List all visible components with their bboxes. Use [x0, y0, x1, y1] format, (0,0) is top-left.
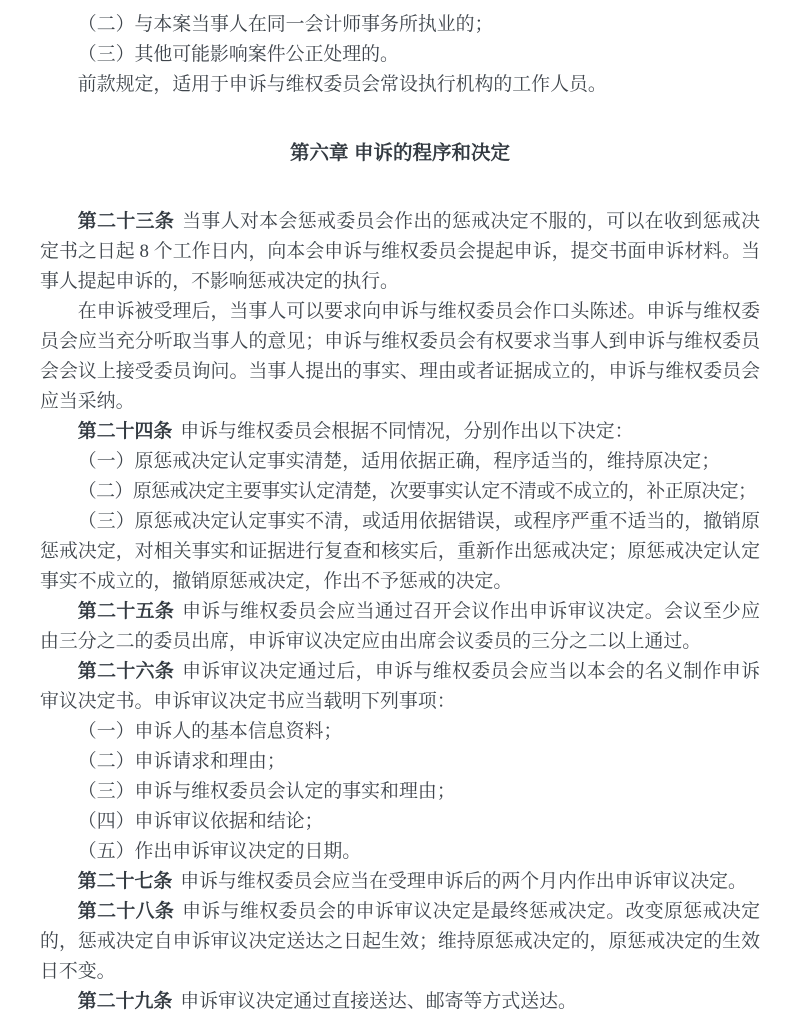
paragraph-text: 申诉与维权委员会根据不同情况，分别作出以下决定： — [180, 421, 633, 442]
paragraph: （三）申诉与维权委员会认定的事实和理由； — [40, 777, 760, 807]
article-number: 第二十三条 — [78, 211, 174, 232]
paragraph-text: 在申诉被受理后，当事人可以要求向申诉与维权委员会作口头陈述。申诉与维权委员会应当… — [40, 301, 760, 412]
article-number: 第二十八条 — [78, 901, 174, 922]
paragraph-text: 前款规定，适用于申诉与维权委员会常设执行机构的工作人员。 — [78, 74, 607, 95]
article-number: 第二十七条 — [78, 871, 172, 892]
paragraph-text: （四）申诉审议依据和结论； — [78, 811, 324, 832]
paragraph: 第二十五条申诉与维权委员会应当通过召开会议作出申诉审议决定。会议至少应由三分之二… — [40, 597, 760, 657]
article-number: 第二十四条 — [78, 421, 172, 442]
article-number: 第二十五条 — [78, 601, 174, 622]
paragraph-text: （一）申诉人的基本信息资料； — [78, 721, 342, 742]
paragraph-text: （二）申诉请求和理由； — [78, 751, 286, 772]
document-page: （二）与本案当事人在同一会计师事务所执业的； （三）其他可能影响案件公正处理的。… — [0, 0, 800, 1024]
article-number: 第二十九条 — [78, 991, 172, 1012]
paragraph: （二）申诉请求和理由； — [40, 747, 760, 777]
paragraph-text: （三）原惩戒决定认定事实不清，或适用依据错误，或程序严重不适当的，撤销原惩戒决定… — [40, 511, 760, 592]
paragraph: （三）原惩戒决定认定事实不清，或适用依据错误，或程序严重不适当的，撤销原惩戒决定… — [40, 507, 760, 597]
paragraph-text: 申诉与维权委员会应当在受理申诉后的两个月内作出申诉审议决定。 — [180, 871, 747, 892]
paragraph: 第二十八条申诉与维权委员会的申诉审议决定是最终惩戒决定。改变原惩戒决定的，惩戒决… — [40, 897, 760, 987]
chapter-heading: 第六章 申诉的程序和决定 — [40, 138, 760, 168]
paragraph: 第二十六条申诉审议决定通过后，申诉与维权委员会应当以本会的名义制作申诉审议决定书… — [40, 657, 760, 717]
paragraph: 前款规定，适用于申诉与维权委员会常设执行机构的工作人员。 — [40, 70, 760, 100]
paragraph: 在申诉被受理后，当事人可以要求向申诉与维权委员会作口头陈述。申诉与维权委员会应当… — [40, 297, 760, 417]
paragraph: （二）与本案当事人在同一会计师事务所执业的； — [40, 10, 760, 40]
paragraph-text: （三）其他可能影响案件公正处理的。 — [78, 44, 399, 65]
paragraph: （二）原惩戒决定主要事实认定清楚，次要事实认定不清或不成立的，补正原决定； — [40, 477, 760, 507]
paragraph: 第二十七条申诉与维权委员会应当在受理申诉后的两个月内作出申诉审议决定。 — [40, 867, 760, 897]
paragraph: （五）作出申诉审议决定的日期。 — [40, 837, 760, 867]
paragraph-text: （二）原惩戒决定主要事实认定清楚，次要事实认定不清或不成立的，补正原决定； — [78, 481, 757, 502]
paragraph: 第二十四条申诉与维权委员会根据不同情况，分别作出以下决定： — [40, 417, 760, 447]
paragraph: （三）其他可能影响案件公正处理的。 — [40, 40, 760, 70]
paragraph-text: 申诉审议决定通过直接送达、邮寄等方式送达。 — [180, 991, 577, 1012]
paragraph: 第二十九条申诉审议决定通过直接送达、邮寄等方式送达。 — [40, 987, 760, 1017]
paragraph: 第二十三条当事人对本会惩戒委员会作出的惩戒决定不服的，可以在收到惩戒决定书之日起… — [40, 207, 760, 297]
article-number: 第二十六条 — [78, 661, 174, 682]
paragraph: （一）申诉人的基本信息资料； — [40, 717, 760, 747]
paragraph: （四）申诉审议依据和结论； — [40, 807, 760, 837]
paragraph-text: （二）与本案当事人在同一会计师事务所执业的； — [78, 14, 494, 35]
paragraph-text: （一）原惩戒决定认定事实清楚，适用依据正确，程序适当的，维持原决定； — [78, 451, 720, 472]
paragraph-text: （五）作出申诉审议决定的日期。 — [78, 841, 361, 862]
paragraph-text: （三）申诉与维权委员会认定的事实和理由； — [78, 781, 456, 802]
paragraph: （一）原惩戒决定认定事实清楚，适用依据正确，程序适当的，维持原决定； — [40, 447, 760, 477]
